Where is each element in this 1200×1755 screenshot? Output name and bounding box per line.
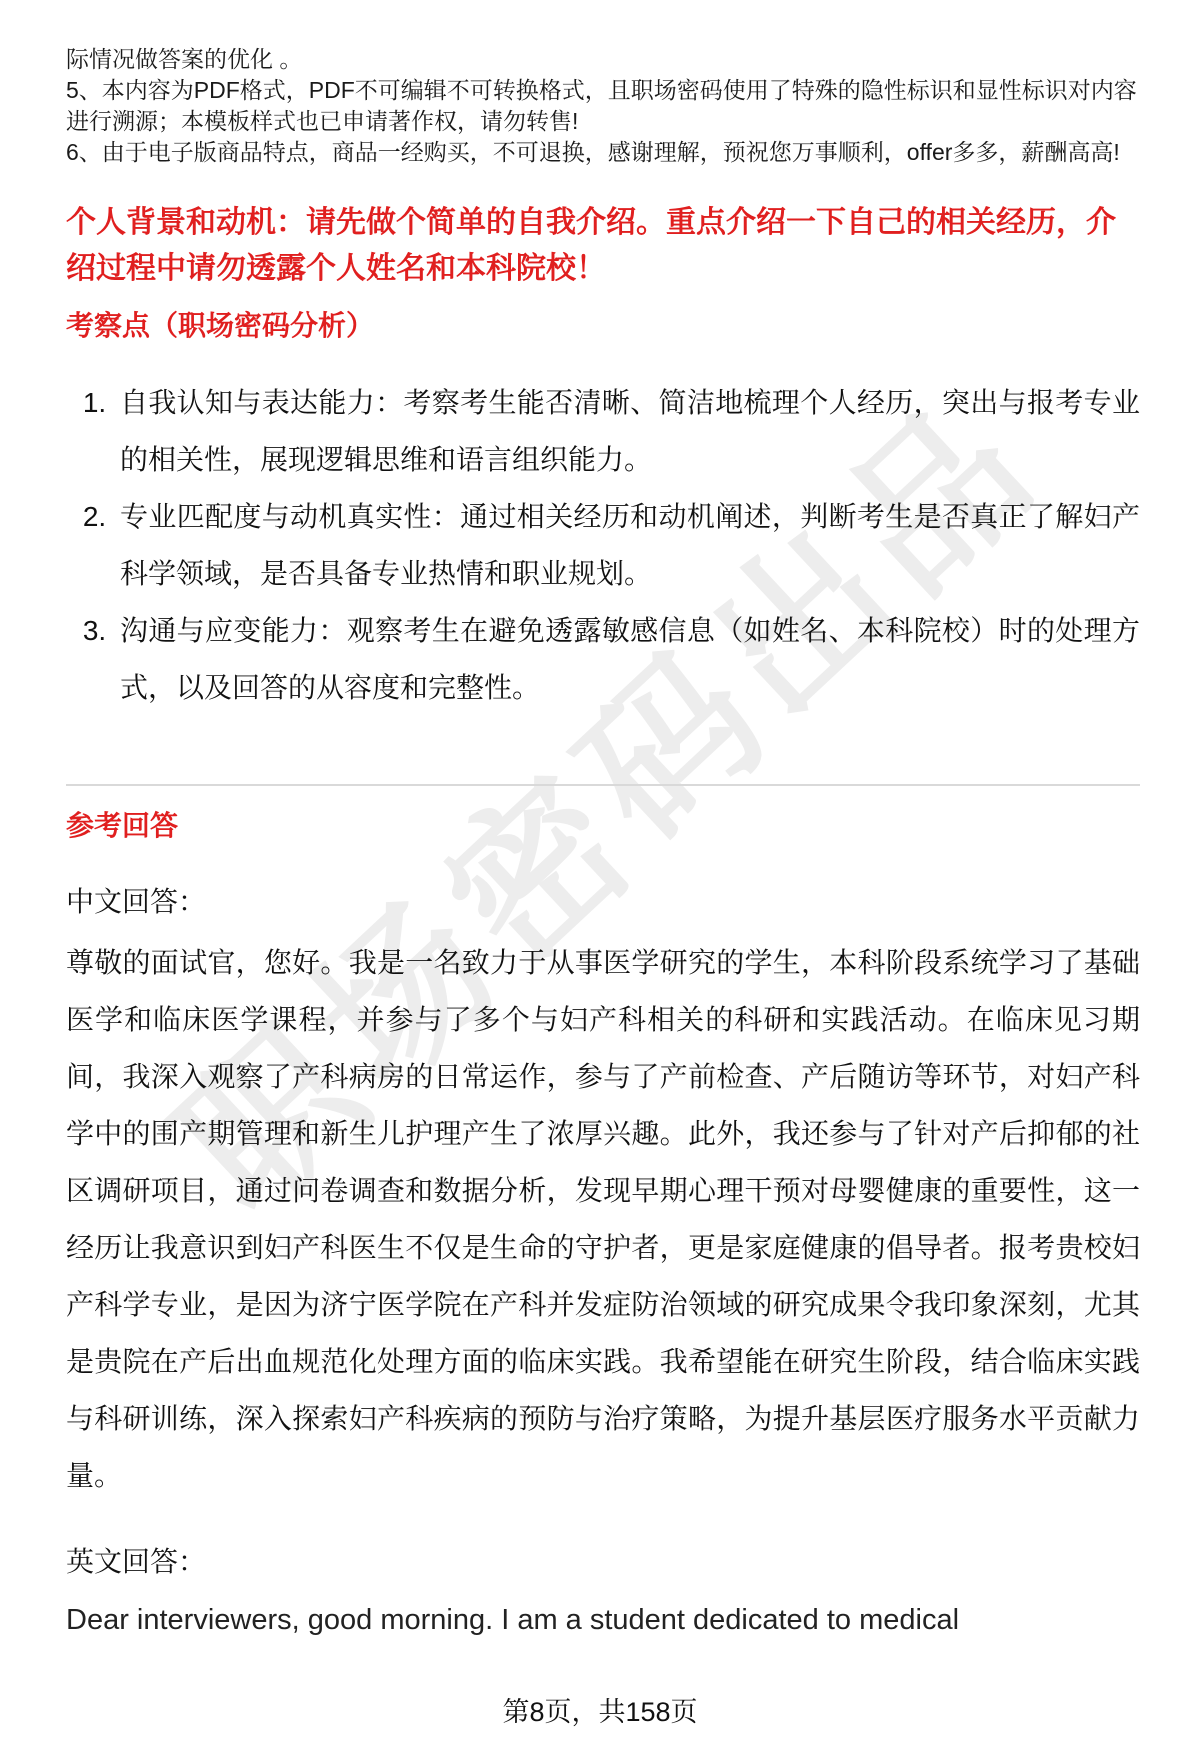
answer-en-label: 英文回答： bbox=[66, 1542, 1140, 1582]
analysis-point-2: 专业匹配度与动机真实性：通过相关经历和动机阐述，判断考生是否真正了解妇产科学领域… bbox=[114, 488, 1140, 602]
note-line-continuation: 际情况做答案的优化 。 bbox=[66, 44, 1140, 75]
page-content: 际情况做答案的优化 。 5、本内容为PDF格式，PDF不可编辑不可转换格式，且职… bbox=[0, 0, 1200, 1642]
analysis-point-1: 自我认知与表达能力：考察考生能否清晰、简洁地梳理个人经历，突出与报考专业的相关性… bbox=[114, 374, 1140, 488]
note-item-6: 6、由于电子版商品特点，商品一经购买，不可退换，感谢理解，预祝您万事顺利，off… bbox=[66, 137, 1140, 168]
section-divider bbox=[66, 784, 1140, 786]
pdf-page: 职场密码出品 际情况做答案的优化 。 5、本内容为PDF格式，PDF不可编辑不可… bbox=[0, 0, 1200, 1755]
answer-section-heading: 参考回答 bbox=[66, 808, 1140, 844]
answer-cn-text: 尊敬的面试官，您好。我是一名致力于从事医学研究的学生，本科阶段系统学习了基础医学… bbox=[66, 934, 1140, 1504]
analysis-section-heading: 考察点（职场密码分析） bbox=[66, 308, 1140, 344]
page-number: 第8页，共158页 bbox=[0, 1690, 1200, 1729]
analysis-points-list: 自我认知与表达能力：考察考生能否清晰、简洁地梳理个人经历，突出与报考专业的相关性… bbox=[66, 374, 1140, 716]
note-item-5: 5、本内容为PDF格式，PDF不可编辑不可转换格式，且职场密码使用了特殊的隐性标… bbox=[66, 75, 1140, 137]
answer-cn-label: 中文回答： bbox=[66, 882, 1140, 922]
answer-en-text: Dear interviewers, good morning. I am a … bbox=[66, 1598, 1140, 1642]
question-title: 个人背景和动机：请先做个简单的自我介绍。重点介绍一下自己的相关经历，介绍过程中请… bbox=[66, 200, 1140, 292]
analysis-point-3: 沟通与应变能力：观察考生在避免透露敏感信息（如姓名、本科院校）时的处理方式，以及… bbox=[114, 602, 1140, 716]
